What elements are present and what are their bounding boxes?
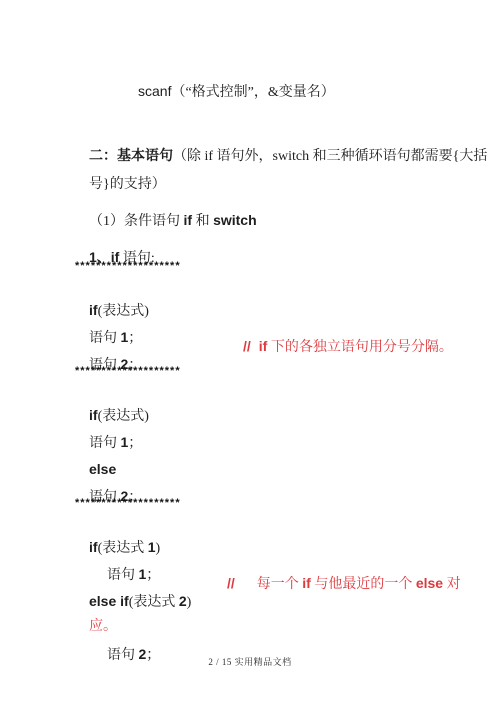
semicolon: ； [128,436,142,451]
inline-comment-semicolon: //if 下的各独立语句用分号分隔。 [243,337,453,357]
page-footer: 2 / 15 实用精品文档 [0,655,500,668]
section-heading-note-wrap: 号}的支持） [89,177,166,192]
separator-stars: ******************** [75,362,181,380]
expression: (表达式 [129,595,179,610]
scanf-keyword: scanf [138,83,171,99]
comment-text: 每一个 [257,577,303,592]
inline-comment-else-pairing: //每一个 if 与他最近的一个 else 对 [227,574,461,594]
close-paren: ) [187,595,192,610]
document-page: scanf（“格式控制”，&变量名） 二：基本语句（除 if 语句外，switc… [0,0,500,708]
if-keyword: if [184,212,193,228]
if-keyword: if [302,575,311,591]
switch-keyword: switch [213,212,257,228]
subsection-pre: （1）条件语句 [89,214,184,229]
comment-text: 与他最近的一个 [311,577,416,592]
separator-stars: ******************** [75,257,181,275]
comment-text: 下的各独立语句用分号分隔。 [267,340,453,355]
scanf-args: （“格式控制”，&变量名） [171,85,334,100]
subsection-and: 和 [192,214,213,229]
comment-slashes: // [243,338,251,354]
separator-stars: ******************** [75,494,181,512]
else-keyword: else [416,575,443,591]
scanf-syntax-line: scanf（“格式控制”，&变量名） [124,64,335,120]
expression-number: 2 [179,593,187,609]
section-heading-note: （除 if 语句外，switch 和三种循环语句都需要{大括 [173,149,487,164]
comment-text: 对 [443,577,461,592]
comment-slashes: // [227,575,235,591]
